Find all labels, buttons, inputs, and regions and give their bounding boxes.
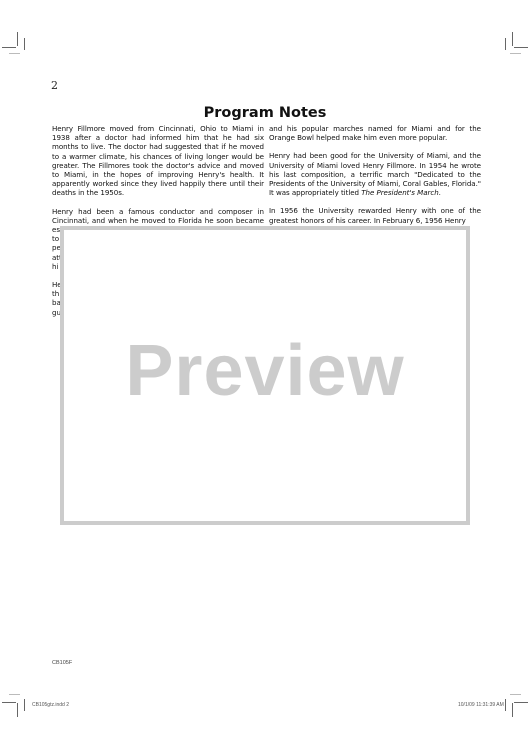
footer-code: CB105F: [52, 660, 72, 666]
slug-filename: CB105gtz.indd 2: [32, 702, 69, 708]
paragraph: Henry had been good for the University o…: [269, 151, 481, 197]
crop-mark-tl-v2: [24, 38, 25, 50]
crop-mark-bl-h: [2, 702, 16, 703]
paragraph-end: .: [439, 188, 441, 197]
crop-mark-tl-h2: [9, 53, 20, 54]
crop-mark-br-v2: [505, 699, 506, 711]
crop-mark-br-h2: [510, 694, 521, 695]
preview-overlay: Preview: [60, 226, 470, 525]
crop-mark-bl-v2: [24, 699, 25, 711]
march-title: The President's March: [361, 188, 438, 197]
page-title: Program Notes: [0, 105, 530, 121]
crop-mark-tr-v2: [505, 38, 506, 50]
crop-mark-tr-v: [512, 32, 513, 46]
crop-mark-br-h: [514, 702, 528, 703]
paragraph: and his popular marches named for Miami …: [269, 124, 481, 142]
crop-mark-bl-h2: [9, 694, 20, 695]
crop-mark-bl-v: [17, 703, 18, 717]
crop-mark-tr-h: [514, 47, 528, 48]
paragraph: In 1956 the University rewarded Henry wi…: [269, 206, 481, 224]
paragraph: Henry Fillmore moved from Cincinnati, Oh…: [52, 124, 264, 198]
preview-watermark: Preview: [64, 330, 466, 412]
crop-mark-tl-v: [17, 32, 18, 46]
page-number: 2: [51, 79, 58, 92]
crop-mark-tl-h: [2, 47, 16, 48]
right-column: and his popular marches named for Miami …: [269, 124, 481, 234]
slug-timestamp: 10/1/09 11:31:39 AM: [458, 702, 504, 708]
crop-mark-tr-h2: [510, 53, 521, 54]
crop-mark-br-v: [512, 703, 513, 717]
